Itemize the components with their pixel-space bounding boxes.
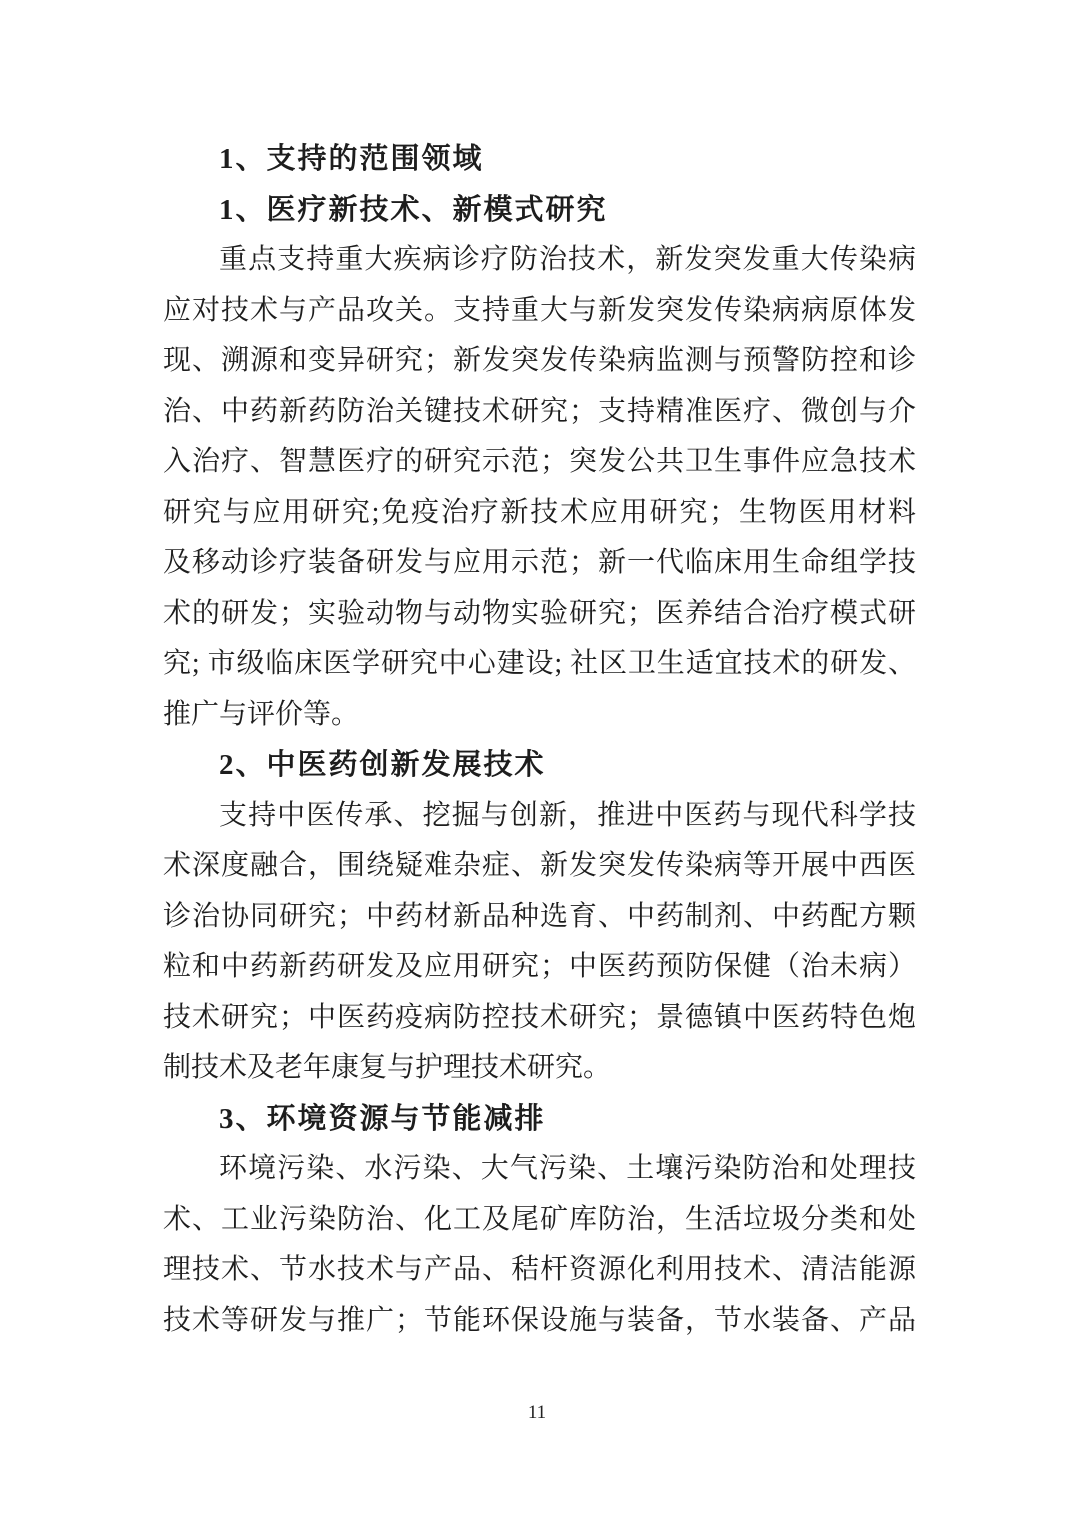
text-line: 技术等研发与推广；节能环保设施与装备，节水装备、产品 [163, 1296, 916, 1347]
text-line: 研究与应用研究;免疫治疗新技术应用研究；生物医用材料 [163, 488, 916, 539]
text-line: 技术研究；中医药疫病防控技术研究；景德镇中医药特色炮 [163, 993, 916, 1044]
section-heading: 3、环境资源与节能减排 [163, 1094, 916, 1145]
text-line: 理技术、节水技术与产品、秸杆资源化利用技术、清洁能源 [163, 1245, 916, 1296]
page-footer: 11 [0, 1402, 1074, 1424]
document-page: 1、支持的范围领域1、医疗新技术、新模式研究重点支持重大疾病诊疗防治技术，新发突… [0, 0, 1074, 1520]
text-line: 治、中药新药防治关键技术研究；支持精准医疗、微创与介 [163, 387, 916, 438]
text-line: 术深度融合，围绕疑难杂症、新发突发传染病等开展中西医 [163, 841, 916, 892]
text-line: 术、工业污染防治、化工及尾矿库防治，生活垃圾分类和处 [163, 1195, 916, 1246]
section-heading: 2、中医药创新发展技术 [163, 740, 916, 791]
text-line: 入治疗、智慧医疗的研究示范；突发公共卫生事件应急技术 [163, 437, 916, 488]
document-body: 1、支持的范围领域1、医疗新技术、新模式研究重点支持重大疾病诊疗防治技术，新发突… [163, 134, 916, 1346]
text-line: 支持中医传承、挖掘与创新，推进中医药与现代科学技 [163, 791, 916, 842]
text-line: 究; 市级临床医学研究中心建设; 社区卫生适宜技术的研发、 [163, 639, 916, 690]
section-heading: 1、医疗新技术、新模式研究 [163, 185, 916, 236]
text-line: 重点支持重大疾病诊疗防治技术，新发突发重大传染病 [163, 235, 916, 286]
text-line: 应对技术与产品攻关。支持重大与新发突发传染病病原体发 [163, 286, 916, 337]
text-line: 粒和中药新药研发及应用研究；中医药预防保健（治未病） [163, 942, 916, 993]
text-line: 及移动诊疗装备研发与应用示范；新一代临床用生命组学技 [163, 538, 916, 589]
section-heading: 1、支持的范围领域 [163, 134, 916, 185]
text-line: 诊治协同研究；中药材新品种选育、中药制剂、中药配方颗 [163, 892, 916, 943]
text-line: 制技术及老年康复与护理技术研究。 [163, 1043, 916, 1094]
page-number: 11 [528, 1402, 546, 1423]
text-line: 环境污染、水污染、大气污染、土壤污染防治和处理技 [163, 1144, 916, 1195]
text-line: 现、溯源和变异研究；新发突发传染病监测与预警防控和诊 [163, 336, 916, 387]
text-line: 术的研发；实验动物与动物实验研究；医养结合治疗模式研 [163, 589, 916, 640]
text-line: 推广与评价等。 [163, 690, 916, 741]
